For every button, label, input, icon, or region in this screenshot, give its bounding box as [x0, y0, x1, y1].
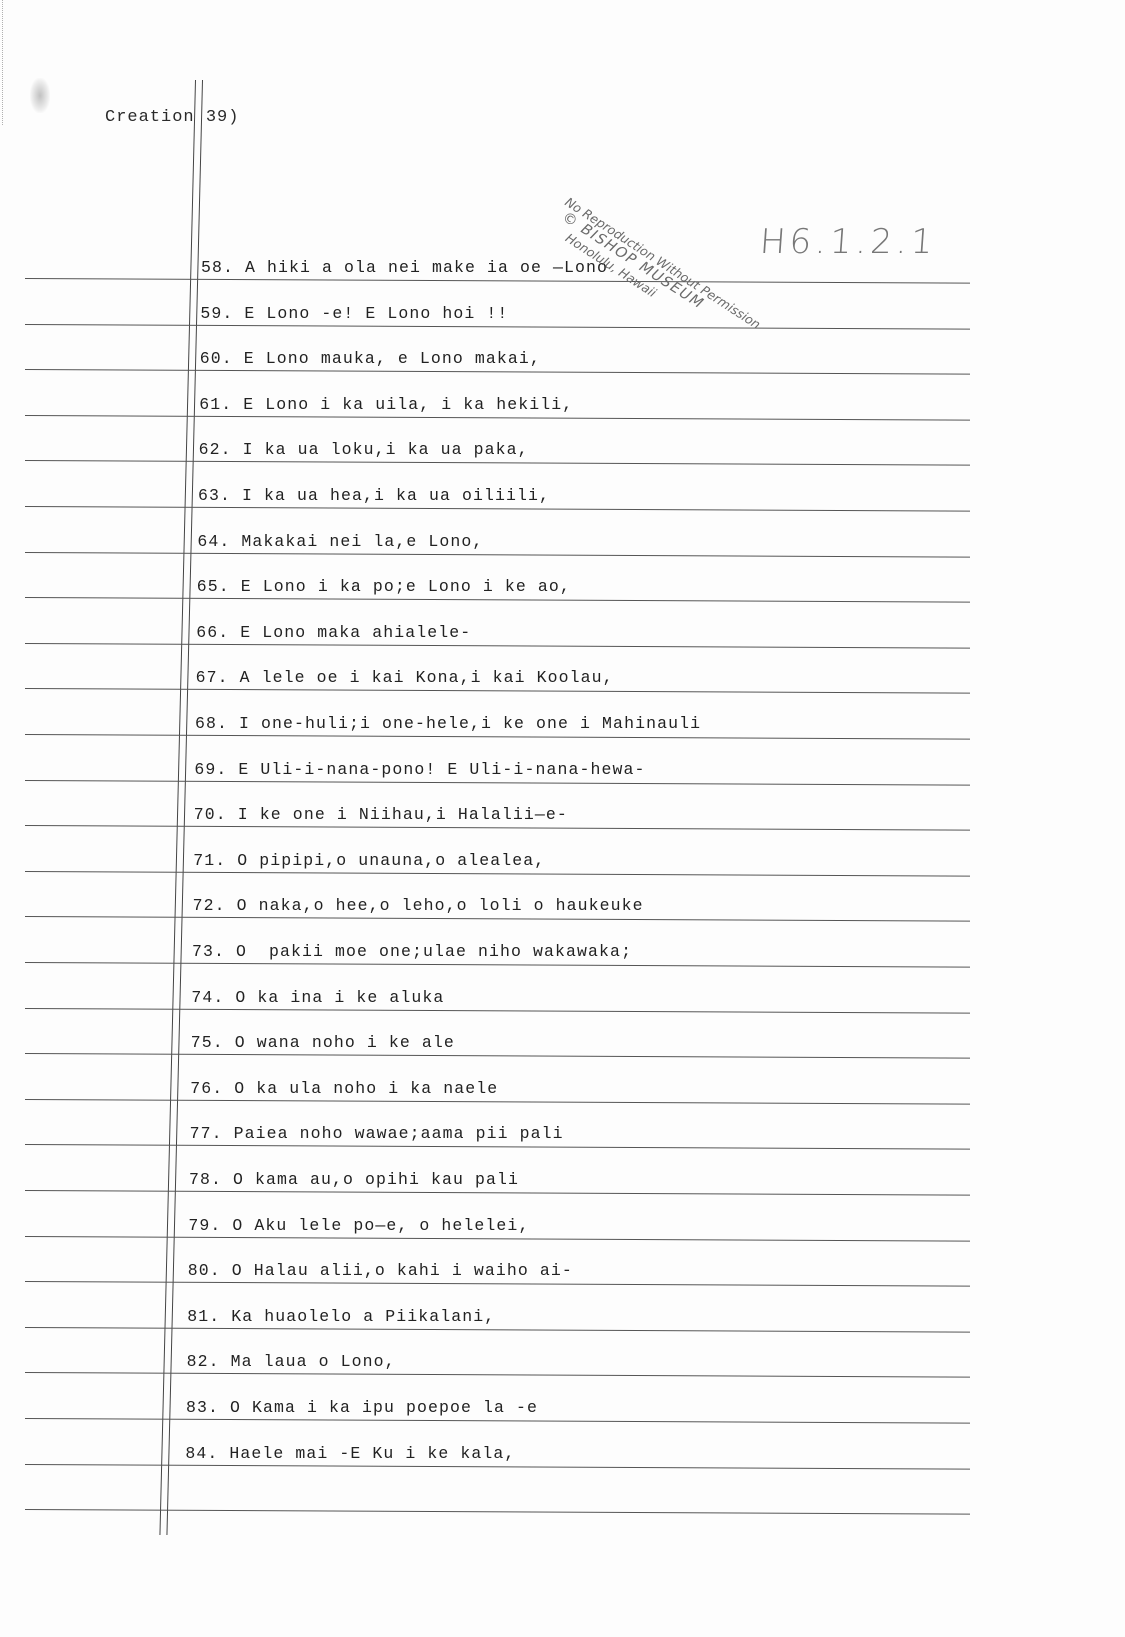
verse-line: 58. A hiki a ola nei make ia oe —Lono [201, 258, 608, 277]
verse-line: 65. E Lono i ka po;e Lono i ke ao, [197, 577, 571, 596]
verse-line: 75. O wana noho i ke ale [191, 1033, 455, 1052]
ruled-line [25, 597, 970, 603]
verse-line: 61. E Lono i ka uila, i ka hekili, [199, 395, 573, 414]
ruled-line [25, 1099, 970, 1105]
verse-line: 73. O pakii moe one;ulae niho wakawaka; [192, 942, 632, 961]
ruled-line [25, 643, 970, 649]
verse-line: 63. I ka ua hea,i ka ua oiliili, [198, 486, 550, 505]
verse-line: 82. Ma laua o Lono, [187, 1352, 396, 1371]
verse-line: 59. E Lono -e! E Lono hoi !! [200, 304, 508, 323]
ruled-line [25, 1144, 970, 1150]
ink-smudge [30, 78, 50, 113]
ruled-line [25, 962, 970, 968]
ruled-line [25, 324, 970, 330]
verse-line: 72. O naka,o hee,o leho,o loli o haukeuk… [193, 896, 644, 915]
verse-line: 78. O kama au,o opihi kau pali [189, 1170, 519, 1189]
ruled-line [25, 278, 970, 284]
ruled-line [25, 916, 970, 922]
verse-line: 64. Makakai nei la,e Lono, [197, 532, 483, 551]
ruled-line [25, 506, 970, 512]
verse-line: 80. O Halau alii,o kahi i waiho ai- [188, 1261, 573, 1280]
verse-line: 68. I one-huli;i one-hele,i ke one i Mah… [195, 714, 701, 733]
verse-line: 81. Ka huaolelo a Piikalani, [187, 1307, 495, 1326]
ruled-line [25, 1053, 970, 1059]
verse-line: 71. O pipipi,o unauna,o alealea, [193, 851, 545, 870]
verse-line: 60. E Lono mauka, e Lono makai, [200, 349, 541, 368]
page-header: Creation 39) [105, 108, 239, 127]
verse-line: 74. O ka ina i ke aluka [191, 988, 444, 1007]
ruled-line [25, 415, 970, 421]
ruled-line [25, 552, 970, 558]
verse-line: 62. I ka ua loku,i ka ua paka, [199, 440, 529, 459]
verse-line: 84. Haele mai -E Ku i ke kala, [185, 1444, 515, 1463]
ruled-line [25, 780, 970, 786]
verse-line: 76. O ka ula noho i ka naele [190, 1079, 498, 1098]
document-page: Creation 39) 58. A hiki a ola nei make i… [0, 0, 1125, 1637]
verse-line: 67. A lele oe i kai Kona,i kai Koolau, [196, 668, 614, 687]
ruled-line [25, 1008, 970, 1014]
scan-edge [2, 0, 6, 125]
verse-line: 79. O Aku lele po—e, o helelei, [188, 1216, 529, 1235]
verse-line: 66. E Lono maka ahialele- [196, 623, 471, 642]
verse-line: 69. E Uli-i-nana-pono! E Uli-i-nana-hewa… [194, 760, 645, 779]
verse-line: 70. I ke one i Niihau,i Halalii—e- [194, 805, 568, 824]
ruled-line [25, 460, 970, 466]
ruled-line [25, 825, 970, 831]
verse-line: 83. O Kama i ka ipu poepoe la -e [186, 1398, 538, 1417]
ruled-line [25, 734, 970, 740]
ruled-line [25, 369, 970, 375]
ruled-line [25, 871, 970, 877]
ruled-line [25, 688, 970, 694]
catalog-number: H6.1.2.1 [759, 222, 938, 262]
verse-line: 77. Paiea noho wawae;aama pii pali [190, 1124, 564, 1143]
